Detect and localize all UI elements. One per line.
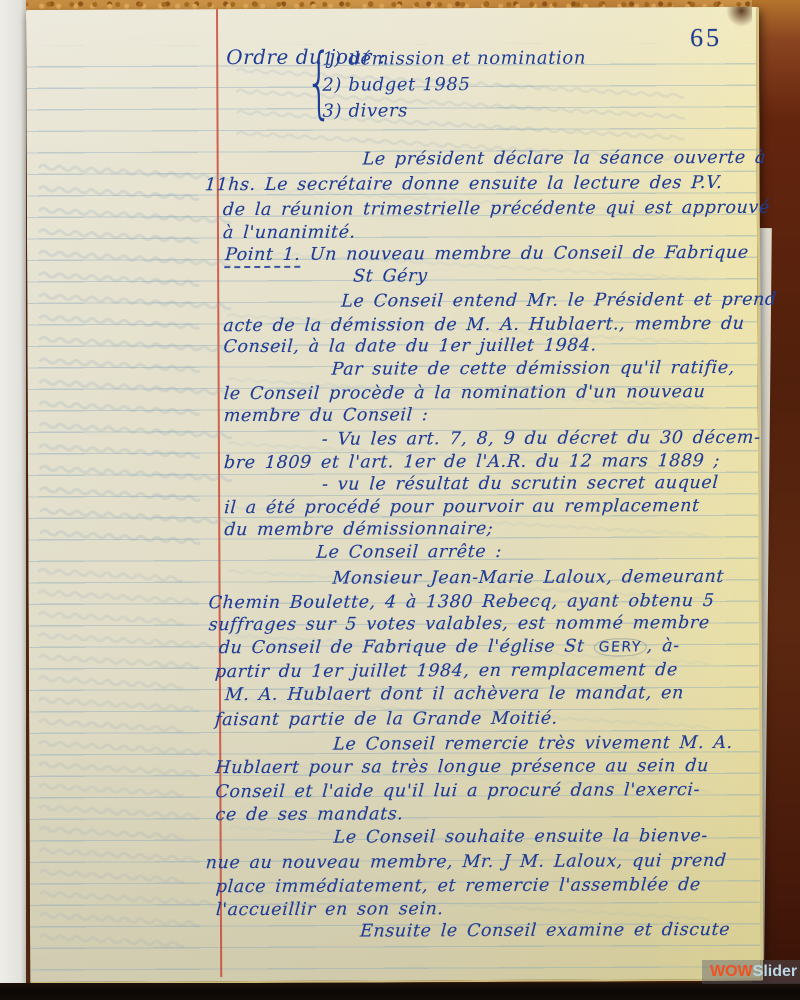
manuscript-line: Hublaert pour sa très longue présence au…	[215, 756, 710, 778]
agenda-item-2: 2) budget 1985	[322, 74, 470, 96]
manuscript-line: place immédiatement, et remercie l'assem…	[215, 875, 701, 897]
manuscript-line: Le Conseil souhaite ensuite la bienve-	[333, 826, 709, 848]
manuscript-line: M. A. Hublaert dont il achèvera le manda…	[224, 683, 684, 705]
manuscript-line: 11hs. Le secrétaire donne ensuite la lec…	[204, 173, 723, 195]
manuscript-line: nue au nouveau membre, Mr. J M. Laloux, …	[205, 851, 727, 873]
manuscript-line: Conseil, à la date du 1er juillet 1984.	[223, 336, 598, 358]
agenda-item-3: 3) divers	[322, 100, 408, 121]
manuscript-line: Le Conseil remercie très vivement M. A.	[333, 733, 734, 755]
manuscript-line: Le président déclare la séance ouverte à	[362, 148, 767, 170]
manuscript-line: Monsieur Jean-Marie Laloux, demeurant	[332, 567, 725, 589]
manuscript-line: l'accueillir en son sein.	[215, 899, 444, 920]
manuscript-line: Le Conseil arrête :	[316, 542, 503, 563]
red-margin-line	[216, 9, 222, 977]
manuscript-line: Par suite de cette démission qu'il ratif…	[331, 358, 736, 380]
wowslider-watermark[interactable]: WOWSlider	[702, 960, 800, 984]
manuscript-line: St Géry	[353, 266, 429, 286]
manuscript-line: - vu le résultat du scrutin secret auque…	[321, 473, 719, 495]
ink-smudge	[726, 7, 752, 27]
manuscript-line: à l'unanimité.	[222, 223, 356, 244]
watermark-text-wow: WOW	[710, 963, 753, 981]
manuscript-page: 65 Ordre du jour : { 1) démission et nom…	[26, 7, 763, 984]
manuscript-line: partir du 1er juillet 1984, en remplacem…	[214, 660, 678, 682]
manuscript-line: du membre démissionnaire;	[224, 519, 494, 540]
manuscript-line: membre du Conseil :	[223, 405, 429, 426]
emphasized-caps-text: GERY	[593, 638, 647, 656]
photo-scene: 65 Ordre du jour : { 1) démission et nom…	[0, 0, 800, 1000]
page-number: 65	[690, 23, 722, 53]
agenda-item-1: 1) démission et nomination	[322, 48, 586, 70]
manuscript-line: suffrages sur 5 votes valables, est nomm…	[208, 613, 710, 635]
manuscript-line: il a été procédé pour pourvoir au rempla…	[224, 496, 701, 518]
manuscript-line: Point 1. Un nouveau membre du Conseil de…	[224, 243, 749, 265]
manuscript-line: bre 1809 et l'art. 1er de l'A.R. du 12 m…	[223, 451, 720, 473]
bottom-shadow-strip	[0, 983, 800, 1000]
left-page-edge	[0, 0, 26, 984]
manuscript-line: acte de la démission de M. A. Hublaert.,…	[223, 314, 746, 336]
watermark-text-slider: Slider	[753, 963, 797, 981]
manuscript-line: Chemin Boulette, 4 à 1380 Rebecq, ayant …	[208, 591, 715, 613]
manuscript-line: Ensuite le Conseil examine et discute	[359, 920, 730, 942]
manuscript-line: ce de ses mandats.	[215, 804, 404, 825]
manuscript-line: Le Conseil entend Mr. le Président et pr…	[341, 290, 778, 312]
manuscript-line: le Conseil procède à la nomination d'un …	[223, 382, 706, 404]
manuscript-line: - Vu les art. 7, 8, 9 du décret du 30 dé…	[321, 428, 761, 450]
manuscript-line: Conseil et l'aide qu'il lui a procuré da…	[215, 780, 701, 802]
manuscript-line: faisant partie de la Grande Moitié.	[214, 709, 558, 731]
manuscript-line: du Conseil de Fabrique de l'église St GE…	[218, 636, 680, 658]
manuscript-line: de la réunion trimestrielle précédente q…	[222, 198, 770, 220]
dashed-underlined-text: Point 1.	[224, 245, 301, 268]
